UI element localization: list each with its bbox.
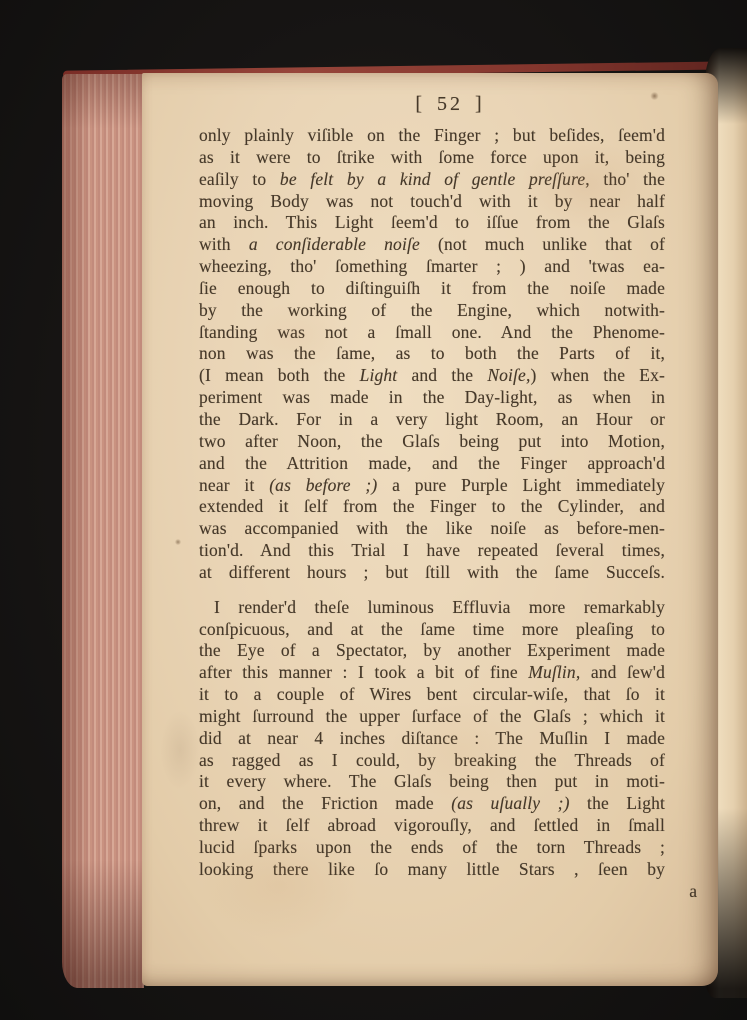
text-line: periment was made in the Day-light, as w… — [199, 387, 665, 409]
book-page: [ 52 ] only plainly viſible on the Finge… — [142, 73, 718, 986]
catchword: a — [231, 881, 697, 903]
text-line: I render'd theſe luminous Effluvia more … — [199, 597, 665, 619]
book-photo-background: [ 52 ] only plainly viſible on the Finge… — [0, 0, 747, 1020]
text-line: might ſurround the upper ſurface of the … — [199, 706, 665, 728]
text-line: on, and the Friction made (as uſually ;)… — [199, 793, 665, 815]
text-line: only plainly viſible on the Finger ; but… — [199, 125, 665, 147]
text-line: and the Attrition made, and the Finger a… — [199, 453, 665, 475]
text-line: eaſily to be felt by a kind of gentle pr… — [199, 169, 665, 191]
text-line: conſpicuous, and at the ſame time more p… — [199, 619, 665, 641]
page-number-header: [ 52 ] — [217, 91, 683, 117]
text-line: as ragged as I could, by breaking the Th… — [199, 750, 665, 772]
paragraph: I render'd theſe luminous Effluvia more … — [199, 597, 665, 881]
text-line: lucid ſparks upon the ends of the torn T… — [199, 837, 665, 859]
text-line: with a conſiderable noiſe (not much unli… — [199, 234, 665, 256]
text-line: ſtanding was not a ſmall one. And the Ph… — [199, 322, 665, 344]
text-line: (I mean both the Light and the Noiſe,) w… — [199, 365, 665, 387]
text-line: near it (as before ;) a pure Purple Ligh… — [199, 475, 665, 497]
text-line: non was the ſame, as to both the Parts o… — [199, 343, 665, 365]
text-line: an inch. This Light ſeem'd to iſſue from… — [199, 212, 665, 234]
text-line: wheezing, tho' ſomething ſmarter ; ) and… — [199, 256, 665, 278]
paragraph: only plainly viſible on the Finger ; but… — [199, 125, 665, 584]
text-line: by the working of the Engine, which notw… — [199, 300, 665, 322]
page-text-block: [ 52 ] only plainly viſible on the Finge… — [199, 91, 665, 903]
text-line: as it were to ſtrike with ſome force upo… — [199, 147, 665, 169]
text-line: tion'd. And this Trial I have repeated ſ… — [199, 540, 665, 562]
text-line: at different hours ; but ſtill with the … — [199, 562, 665, 584]
text-line: it every where. The Glaſs being then put… — [199, 771, 665, 793]
text-line: was accompanied with the like noiſe as b… — [199, 518, 665, 540]
book-fore-edge-stack — [62, 74, 144, 988]
text-line: ſie enough to diſtinguiſh it from the no… — [199, 278, 665, 300]
text-line: moving Body was not touch'd with it by n… — [199, 191, 665, 213]
page-paragraphs: only plainly viſible on the Finger ; but… — [199, 125, 665, 881]
text-line: the Eye of a Spectator, by another Exper… — [199, 640, 665, 662]
text-line: the Dark. For in a very light Room, an H… — [199, 409, 665, 431]
text-line: after this manner : I took a bit of fine… — [199, 662, 665, 684]
text-line: two after Noon, the Glaſs being put into… — [199, 431, 665, 453]
text-line: did at near 4 inches diſtance : The Muſl… — [199, 728, 665, 750]
text-line: looking there like ſo many little Stars … — [199, 859, 665, 881]
text-line: extended it ſelf from the Finger to the … — [199, 496, 665, 518]
text-line: it to a couple of Wires bent circular-wi… — [199, 684, 665, 706]
text-line: threw it ſelf abroad vigorouſly, and ſet… — [199, 815, 665, 837]
